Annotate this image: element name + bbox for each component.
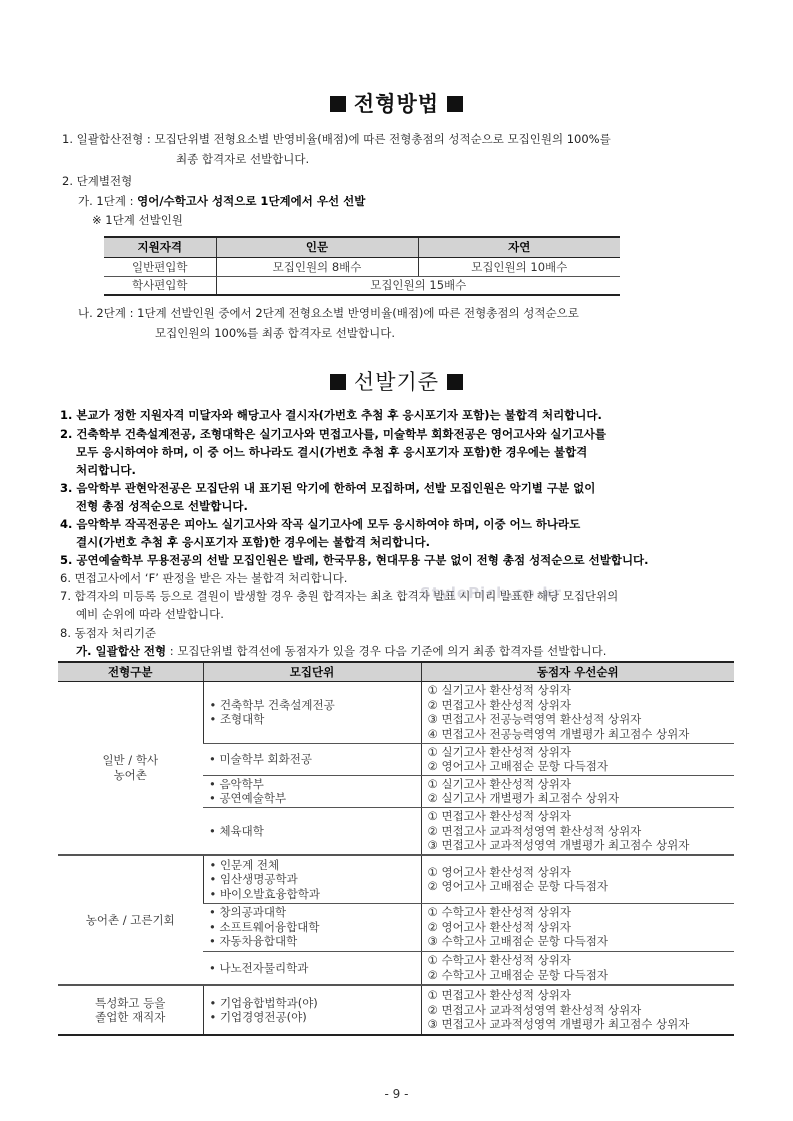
category-line: 농어촌 / 고른기회 [62,913,199,928]
header-humanities: 인문 [216,237,418,257]
unit-cell: 나노전자물리학과 [203,951,421,985]
method-item-2-label: 2. 단계별전형 [62,173,132,190]
table-cell: 모집인원의 15배수 [216,276,620,295]
criteria-item-4-cont: 결시(가번호 추첨 후 응시포기자 포함)한 경우에는 불합격 처리합니다. [76,534,430,551]
rank-item: ① 영어고사 환산성적 상위자 [428,865,729,880]
rank-item: ① 면접고사 환산성적 상위자 [428,809,729,824]
table-row: 학사편입학 모집인원의 15배수 [104,276,620,295]
table-row: 특성화고 등을 졸업한 재직자 기업융합법학과(야) 기업경영전공(야) ① 면… [58,985,734,1035]
table-row: 농어촌 / 고른기회 인문계 전체 임산생명공학과 바이오발효융합학과 ① 영어… [58,855,734,903]
method-item-1: 1. 일괄합산전형 : 모집단위별 전형요소별 반영비율(배점)에 따른 전형총… [62,131,611,148]
criteria-item-5: 5. 공연예술학부 무용전공의 선발 모집인원은 발레, 한국무용, 현대무용 … [60,552,649,569]
unit-cell: 창의공과대학 소프트웨어융합대학 자동차융합대학 [203,903,421,951]
stage1-note: ※ 1단계 선발인원 [92,212,183,229]
method-item-1-text: 모집단위별 전형요소별 반영비율(배점)에 따른 전형총점의 성적순으로 모집인… [154,132,610,146]
rank-item: ① 실기고사 환산성적 상위자 [428,745,729,760]
rank-item: ② 영어고사 환산성적 상위자 [428,920,729,935]
rank-item: ② 수학고사 고배점순 문항 다득점자 [428,968,729,983]
table-cell: 모집인원의 8배수 [216,257,418,276]
stage2-text: 1단계 선발인원 중에서 2단계 전형요소별 반영비율(배점)에 따른 전형총점… [137,306,579,320]
rank-cell: ① 실기고사 환산성적 상위자 ② 면접고사 환산성적 상위자 ③ 면접고사 전… [421,681,734,743]
criteria-item-2: 2. 건축학부 건축설계전공, 조형대학은 실기고사와 면접고사를, 미술학부 … [60,426,606,443]
unit-cell: 건축학부 건축설계전공 조형대학 [203,681,421,743]
unit-item: 체육대학 [209,824,415,839]
rank-cell: ① 면접고사 환산성적 상위자 ② 면접고사 교과적성영역 환산성적 상위자 ③… [421,807,734,855]
rank-item: ② 영어고사 고배점순 문항 다득점자 [428,879,729,894]
category-cell: 특성화고 등을 졸업한 재직자 [58,985,203,1035]
rank-item: ④ 면접고사 전공능력영역 개별평가 최고점수 상위자 [428,727,729,742]
section-title-method: 전형방법 [0,88,793,118]
category-cell: 농어촌 / 고른기회 [58,855,203,985]
unit-cell: 인문계 전체 임산생명공학과 바이오발효융합학과 [203,855,421,903]
tie-rule-label: 가. 일괄합산 전형 [76,644,166,658]
rank-item: ③ 면접고사 교과적성영역 개별평가 최고점수 상위자 [428,1017,729,1032]
tie-rule-text: : 모집단위별 합격선에 동점자가 있을 경우 다음 기준에 의거 최종 합격자… [166,644,606,658]
category-line: 농어촌 [62,768,199,783]
rank-cell: ① 수학고사 환산성적 상위자 ② 영어고사 환산성적 상위자 ③ 수학고사 고… [421,903,734,951]
category-line: 일반 / 학사 [62,753,199,768]
method-item-1-cont: 최종 합격자로 선발합니다. [176,151,309,168]
header-natural: 자연 [418,237,620,257]
tie-rule-line: 가. 일괄합산 전형 : 모집단위별 합격선에 동점자가 있을 경우 다음 기준… [76,643,606,660]
unit-item: 기업경영전공(야) [210,1010,415,1025]
unit-cell: 음악학부 공연예술학부 [203,775,421,807]
rank-item: ② 면접고사 교과적성영역 환산성적 상위자 [428,1003,729,1018]
rank-cell: ① 영어고사 환산성적 상위자 ② 영어고사 고배점순 문항 다득점자 [421,855,734,903]
stage1-text: 영어/수학고사 성적으로 1단계에서 우선 선발 [137,194,365,208]
criteria-item-4: 4. 음악학부 작곡전공은 피아노 실기고사와 작곡 실기고사에 모두 응시하여… [60,516,580,533]
unit-item: 인문계 전체 [210,858,415,873]
table-cell: 일반편입학 [104,257,216,276]
unit-item: 미술학부 회화전공 [209,752,415,767]
criteria-item-8: 8. 동점자 처리기준 [60,625,156,642]
rank-item: ① 실기고사 환산성적 상위자 [428,777,729,792]
rank-item: ② 영어고사 고배점순 문항 다득점자 [428,759,729,774]
category-line: 특성화고 등을 [62,996,199,1011]
rank-item: ① 수학고사 환산성적 상위자 [428,905,729,920]
section-title-text: 전형방법 [354,92,439,116]
unit-item: 건축학부 건축설계전공 [210,698,415,713]
section-title-criteria: 선발기준 [0,366,793,396]
unit-item: 바이오발효융합학과 [210,887,415,902]
stage1-selection-table: 지원자격 인문 자연 일반편입학 모집인원의 8배수 모집인원의 10배수 학사… [104,236,620,296]
criteria-item-2-cont: 처리합니다. [76,462,136,479]
square-bullet-icon [447,374,463,390]
unit-cell: 체육대학 [203,807,421,855]
page-number: - 9 - [0,1087,793,1101]
rank-cell: ① 수학고사 환산성적 상위자 ② 수학고사 고배점순 문항 다득점자 [421,951,734,985]
method-item-1-label: 1. 일괄합산전형 : [62,132,154,146]
rank-cell: ① 실기고사 환산성적 상위자 ② 영어고사 고배점순 문항 다득점자 [421,743,734,775]
unit-cell: 미술학부 회화전공 [203,743,421,775]
rank-cell: ① 실기고사 환산성적 상위자 ② 실기고사 개별평가 최고점수 상위자 [421,775,734,807]
unit-item: 조형대학 [210,712,415,727]
rank-item: ① 수학고사 환산성적 상위자 [428,953,729,968]
unit-item: 소프트웨어융합대학 [209,920,415,935]
rank-cell: ① 면접고사 환산성적 상위자 ② 면접고사 교과적성영역 환산성적 상위자 ③… [421,985,734,1035]
stage1-line: 가. 1단계 : 영어/수학고사 성적으로 1단계에서 우선 선발 [78,193,365,210]
stage2-cont: 모집인원의 100%를 최종 합격자로 선발합니다. [155,325,395,342]
rank-item: ① 실기고사 환산성적 상위자 [428,683,729,698]
unit-item: 기업융합법학과(야) [210,996,415,1011]
stage2-label: 나. 2단계 : [78,306,137,320]
criteria-item-2-cont: 모두 응시하여야 하며, 이 중 어느 하나라도 결시(가번호 추첨 후 응시포… [76,444,587,461]
stage2-line: 나. 2단계 : 1단계 선발인원 중에서 2단계 전형요소별 반영비율(배점)… [78,305,579,322]
header-admission-type: 전형구분 [58,662,203,681]
category-cell: 일반 / 학사 농어촌 [58,681,203,855]
square-bullet-icon [330,374,346,390]
rank-item: ② 실기고사 개별평가 최고점수 상위자 [428,791,729,806]
unit-cell: 기업융합법학과(야) 기업경영전공(야) [203,985,421,1035]
tie-break-table: 전형구분 모집단위 동점자 우선순위 일반 / 학사 농어촌 건축학부 건축설계… [58,661,734,1036]
unit-item: 음악학부 [209,777,415,792]
rank-item: ② 면접고사 환산성적 상위자 [428,698,729,713]
criteria-item-3-cont: 전형 총점 성적순으로 선발합니다. [76,498,248,515]
header-recruit-unit: 모집단위 [203,662,421,681]
table-cell: 학사편입학 [104,276,216,295]
rank-item: ③ 수학고사 고배점순 문항 다득점자 [428,934,729,949]
rank-item: ① 면접고사 환산성적 상위자 [428,988,729,1003]
criteria-item-1: 1. 본교가 정한 지원자격 미달자와 해당고사 결시자(가번호 추첨 후 응시… [60,407,602,424]
stage1-label: 가. 1단계 : [78,194,137,208]
criteria-item-7-cont: 예비 순위에 따라 선발합니다. [76,606,224,623]
table-header-row: 지원자격 인문 자연 [104,237,620,257]
rank-item: ② 면접고사 교과적성영역 환산성적 상위자 [428,824,729,839]
table-cell: 모집인원의 10배수 [418,257,620,276]
unit-item: 임산생명공학과 [210,872,415,887]
unit-item: 나노전자물리학과 [209,961,415,976]
criteria-item-3: 3. 음악학부 관현악전공은 모집단위 내 표기된 악기에 한하여 모집하며, … [60,480,595,497]
header-qualification: 지원자격 [104,237,216,257]
category-line: 졸업한 재직자 [62,1010,199,1025]
table-header-row: 전형구분 모집단위 동점자 우선순위 [58,662,734,681]
unit-item: 공연예술학부 [209,791,415,806]
unit-item: 창의공과대학 [209,905,415,920]
square-bullet-icon [330,96,346,112]
square-bullet-icon [447,96,463,112]
table-row: 일반편입학 모집인원의 8배수 모집인원의 10배수 [104,257,620,276]
header-tie-priority: 동점자 우선순위 [421,662,734,681]
criteria-item-6: 6. 면접고사에서 ‘F’ 판정을 받은 자는 불합격 처리합니다. [60,570,347,587]
rank-item: ③ 면접고사 전공능력영역 환산성적 상위자 [428,712,729,727]
section-title-text: 선발기준 [354,370,439,394]
rank-item: ③ 면접고사 교과적성영역 개별평가 최고점수 상위자 [428,838,729,853]
table-row: 일반 / 학사 농어촌 건축학부 건축설계전공 조형대학 ① 실기고사 환산성적… [58,681,734,743]
unit-item: 자동차융합대학 [209,934,415,949]
watermark: StylePich.co.kr [420,584,562,602]
